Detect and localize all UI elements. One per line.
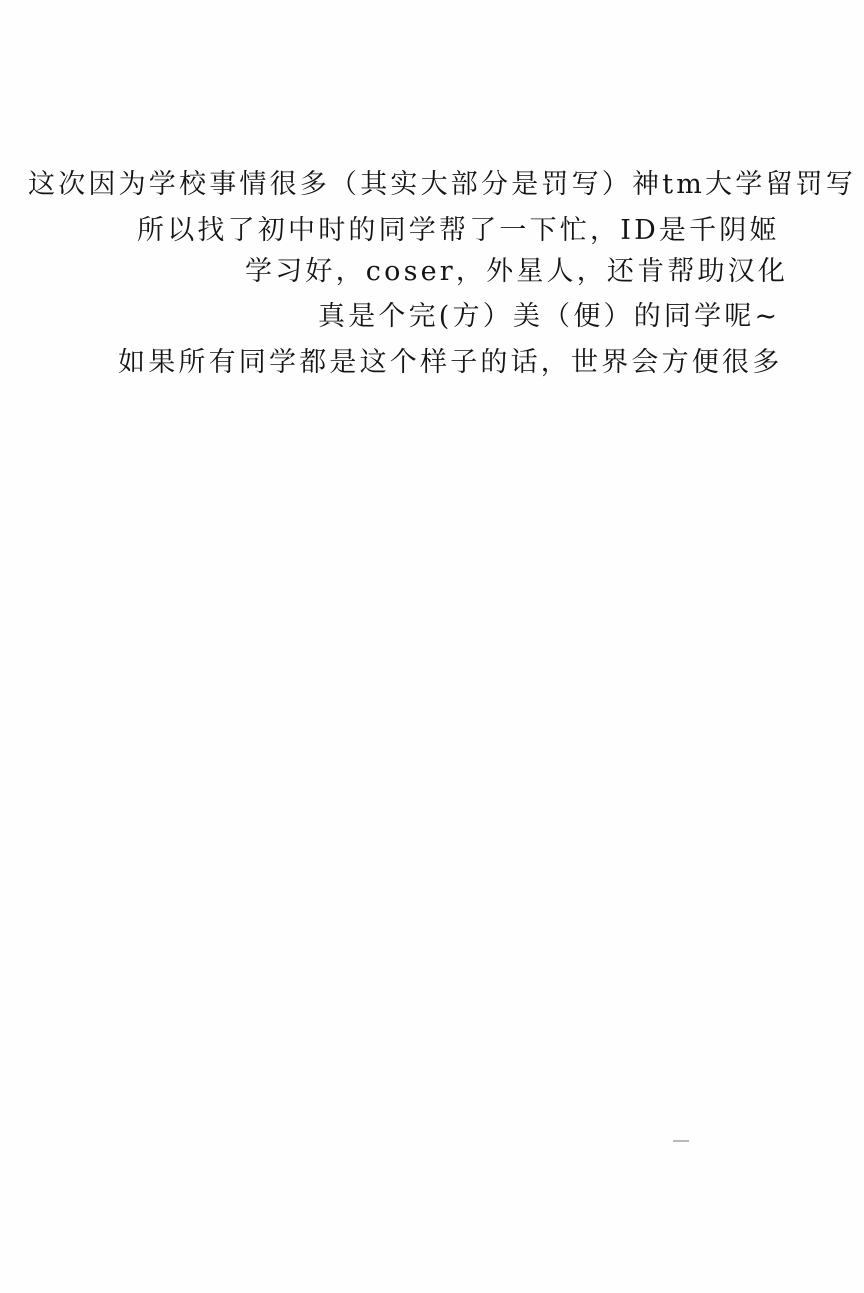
note-line-2: 所以找了初中时的同学帮了一下忙，ID是千阴姬	[137, 214, 780, 248]
note-line-3: 学习好，coser，外星人，还肯帮助汉化	[245, 255, 788, 289]
note-line-5: 如果所有同学都是这个样子的话，世界会方便很多	[118, 346, 782, 380]
note-line-4: 真是个完(方）美（便）的同学呢~	[318, 300, 780, 334]
note-line-1: 这次因为学校事情很多（其实大部分是罚写）神tm大学留罚写	[28, 168, 856, 202]
document-page: 这次因为学校事情很多（其实大部分是罚写）神tm大学留罚写 所以找了初中时的同学帮…	[0, 0, 864, 1293]
scan-artifact	[673, 1140, 689, 1142]
